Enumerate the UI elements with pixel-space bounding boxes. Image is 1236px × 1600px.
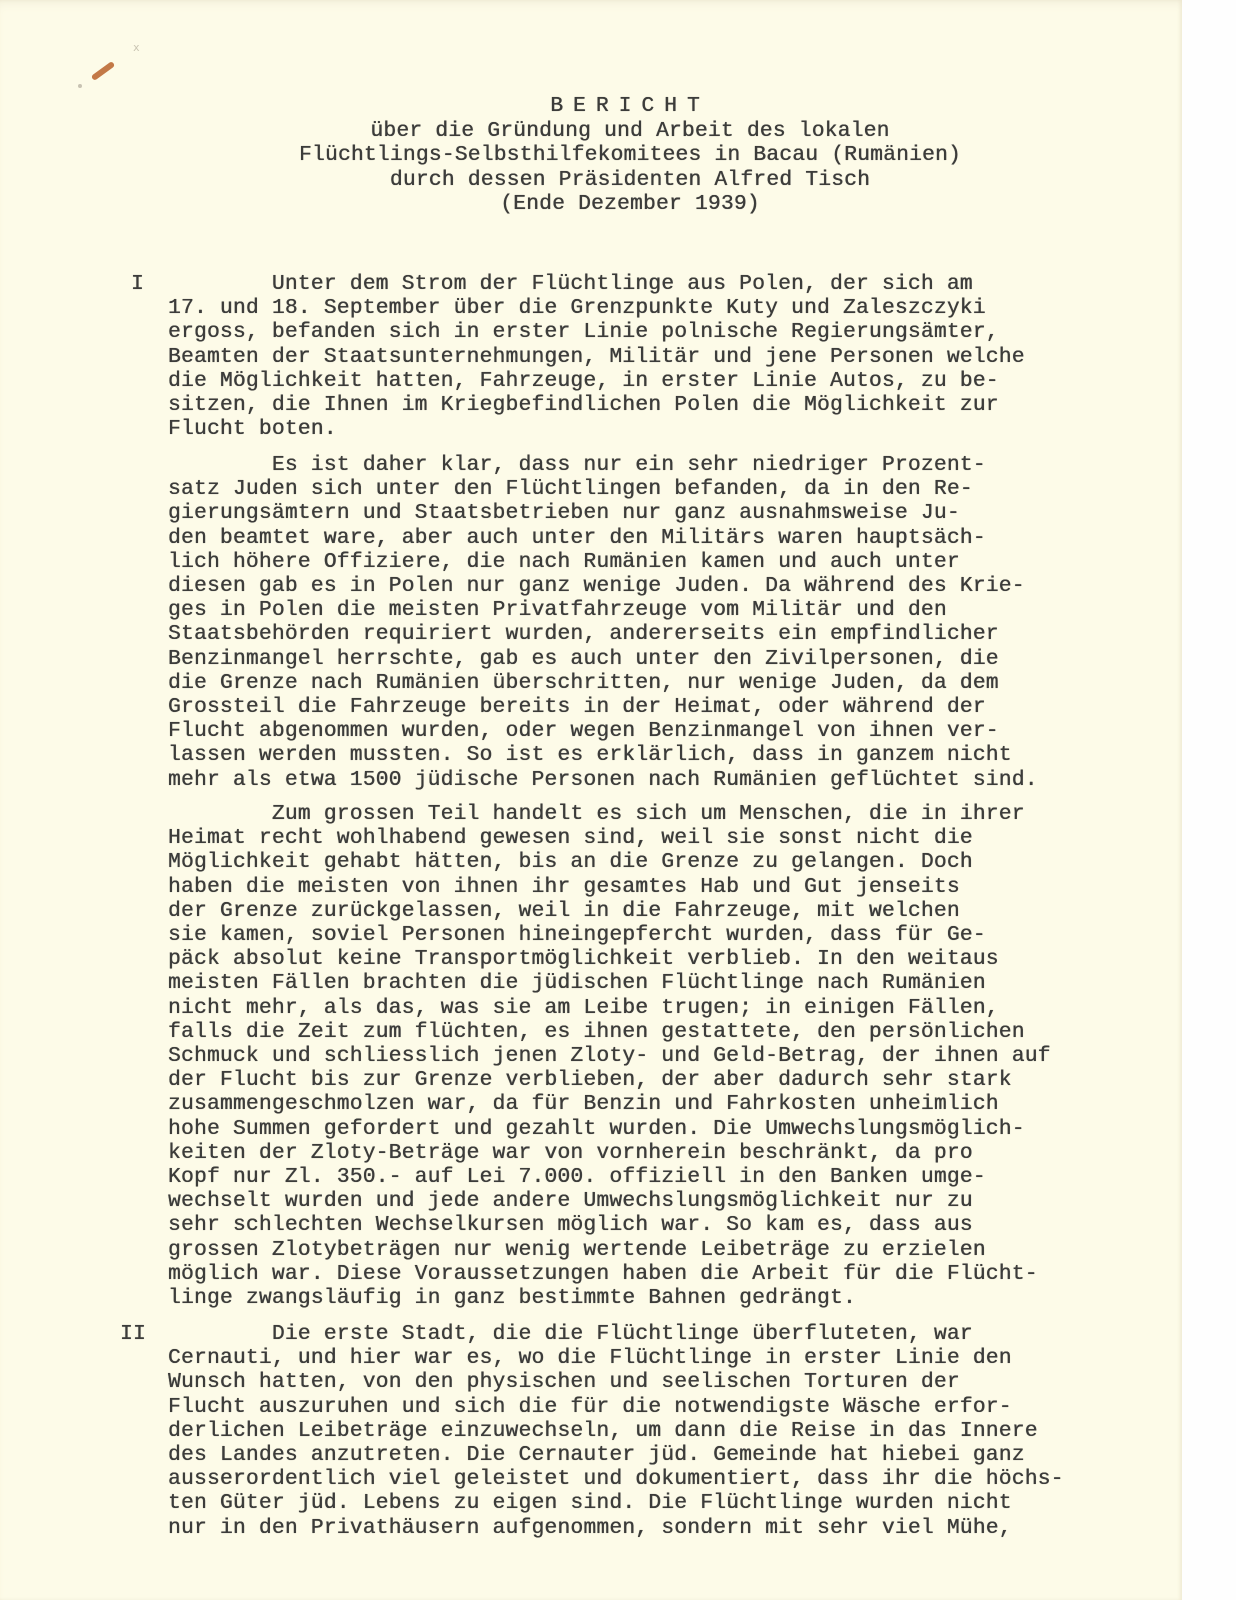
- text-line: meisten Fällen brachten die jüdischen Fl…: [168, 971, 1148, 995]
- paper-speck: [78, 84, 82, 88]
- text-line: ges in Polen die meisten Privatfahrzeuge…: [168, 598, 1148, 622]
- text-line: Es ist daher klar, dass nur ein sehr nie…: [168, 453, 1148, 477]
- text-line: der Grenze zurückgelassen, weil in die F…: [168, 899, 1148, 923]
- text-line: sehr schlechten Wechselkursen möglich wa…: [168, 1213, 1148, 1237]
- text-line: Wunsch hatten, von den physischen und se…: [168, 1370, 1148, 1394]
- text-line: wechselt wurden und jede andere Umwechsl…: [168, 1189, 1148, 1213]
- title-line: Flüchtlings-Selbsthilfekomitees in Bacau…: [200, 143, 1060, 168]
- text-line: 17. und 18. September über die Grenzpunk…: [168, 296, 1148, 320]
- title-line: über die Gründung und Arbeit des lokalen: [200, 119, 1060, 144]
- text-line: die Grenze nach Rumänien überschritten, …: [168, 671, 1148, 695]
- text-line: päck absolut keine Transportmöglichkeit …: [168, 947, 1148, 971]
- title-line: durch dessen Präsidenten Alfred Tisch: [200, 168, 1060, 193]
- text-line: nur in den Privathäusern aufgenommen, so…: [168, 1516, 1148, 1540]
- section-numeral: II: [120, 1322, 146, 1346]
- rust-stain-mark: [91, 61, 116, 81]
- section-numeral: I: [131, 272, 144, 296]
- text-line: derlichen Leibeträge einzuwechseln, um d…: [168, 1419, 1148, 1443]
- text-line: Benzinmangel herrschte, gab es auch unte…: [168, 647, 1148, 671]
- text-line: Cernauti, und hier war es, wo die Flücht…: [168, 1346, 1148, 1370]
- text-line: Grossteil die Fahrzeuge bereits in der H…: [168, 695, 1148, 719]
- text-line: ergoss, befanden sich in erster Linie po…: [168, 320, 1148, 344]
- paragraph: Zum grossen Teil handelt es sich um Mens…: [168, 802, 1148, 1310]
- text-line: der Flucht bis zur Grenze verblieben, de…: [168, 1068, 1148, 1092]
- report-title-block: BERICHT über die Gründung und Arbeit des…: [200, 94, 1060, 217]
- text-line: den beamtet ware, aber auch unter den Mi…: [168, 526, 1148, 550]
- text-line: sie kamen, soviel Personen hineingepferc…: [168, 923, 1148, 947]
- text-line: nicht mehr, als das, was sie am Leibe tr…: [168, 996, 1148, 1020]
- text-line: falls die Zeit zum flüchten, es ihnen ge…: [168, 1020, 1148, 1044]
- title-date-line: (Ende Dezember 1939): [200, 192, 1060, 217]
- text-line: Möglichkeit gehabt hätten, bis an die Gr…: [168, 850, 1148, 874]
- text-line: sitzen, die Ihnen im Kriegbefindlichen P…: [168, 393, 1148, 417]
- text-line: lich höhere Offiziere, die nach Rumänien…: [168, 550, 1148, 574]
- text-line: haben die meisten von ihnen ihr gesamtes…: [168, 875, 1148, 899]
- text-line: gierungsämtern und Staatsbetrieben nur g…: [168, 501, 1148, 525]
- report-heading: BERICHT: [200, 94, 1060, 119]
- text-line: ten Güter jüd. Lebens zu eigen sind. Die…: [168, 1491, 1148, 1515]
- text-line: diesen gab es in Polen nur ganz wenige J…: [168, 574, 1148, 598]
- text-line: lassen werden mussten. So ist es erklärl…: [168, 743, 1148, 767]
- text-line: des Landes anzutreten. Die Cernauter jüd…: [168, 1443, 1148, 1467]
- text-line: mehr als etwa 1500 jüdische Personen nac…: [168, 768, 1148, 792]
- paragraph: Die erste Stadt, die die Flüchtlinge übe…: [168, 1322, 1148, 1540]
- text-line: Unter dem Strom der Flüchtlinge aus Pole…: [168, 272, 1148, 296]
- text-line: grossen Zlotybeträgen nur wenig wertende…: [168, 1238, 1148, 1262]
- text-line: satz Juden sich unter den Flüchtlingen b…: [168, 477, 1148, 501]
- text-line: Beamten der Staatsunternehmungen, Militä…: [168, 345, 1148, 369]
- text-line: Zum grossen Teil handelt es sich um Mens…: [168, 802, 1148, 826]
- text-line: keiten der Zloty-Beträge war von vornher…: [168, 1141, 1148, 1165]
- paragraph: Es ist daher klar, dass nur ein sehr nie…: [168, 453, 1148, 792]
- text-line: hohe Summen gefordert und gezahlt wurden…: [168, 1117, 1148, 1141]
- text-line: Flucht abgenommen wurden, oder wegen Ben…: [168, 719, 1148, 743]
- text-line: ausserordentlich viel geleistet und doku…: [168, 1467, 1148, 1491]
- text-line: die Möglichkeit hatten, Fahrzeuge, in er…: [168, 369, 1148, 393]
- text-line: Schmuck und schliesslich jenen Zloty- un…: [168, 1044, 1148, 1068]
- text-line: Heimat recht wohlhabend gewesen sind, we…: [168, 826, 1148, 850]
- document-page: x BERICHT über die Gründung und Arbeit d…: [0, 0, 1182, 1600]
- paragraph: Unter dem Strom der Flüchtlinge aus Pole…: [168, 272, 1148, 441]
- text-line: zusammengeschmolzen war, da für Benzin u…: [168, 1092, 1148, 1116]
- text-line: Flucht auszuruhen und sich die für die n…: [168, 1395, 1148, 1419]
- text-line: möglich war. Diese Voraussetzungen haben…: [168, 1262, 1148, 1286]
- text-line: Staatsbehörden requiriert wurden, andere…: [168, 622, 1148, 646]
- text-line: linge zwangsläufig in ganz bestimmte Bah…: [168, 1286, 1148, 1310]
- text-line: Kopf nur Zl. 350.- auf Lei 7.000. offizi…: [168, 1165, 1148, 1189]
- text-line: Flucht boten.: [168, 417, 1148, 441]
- text-line: Die erste Stadt, die die Flüchtlinge übe…: [168, 1322, 1148, 1346]
- paper-mark: x: [133, 41, 140, 54]
